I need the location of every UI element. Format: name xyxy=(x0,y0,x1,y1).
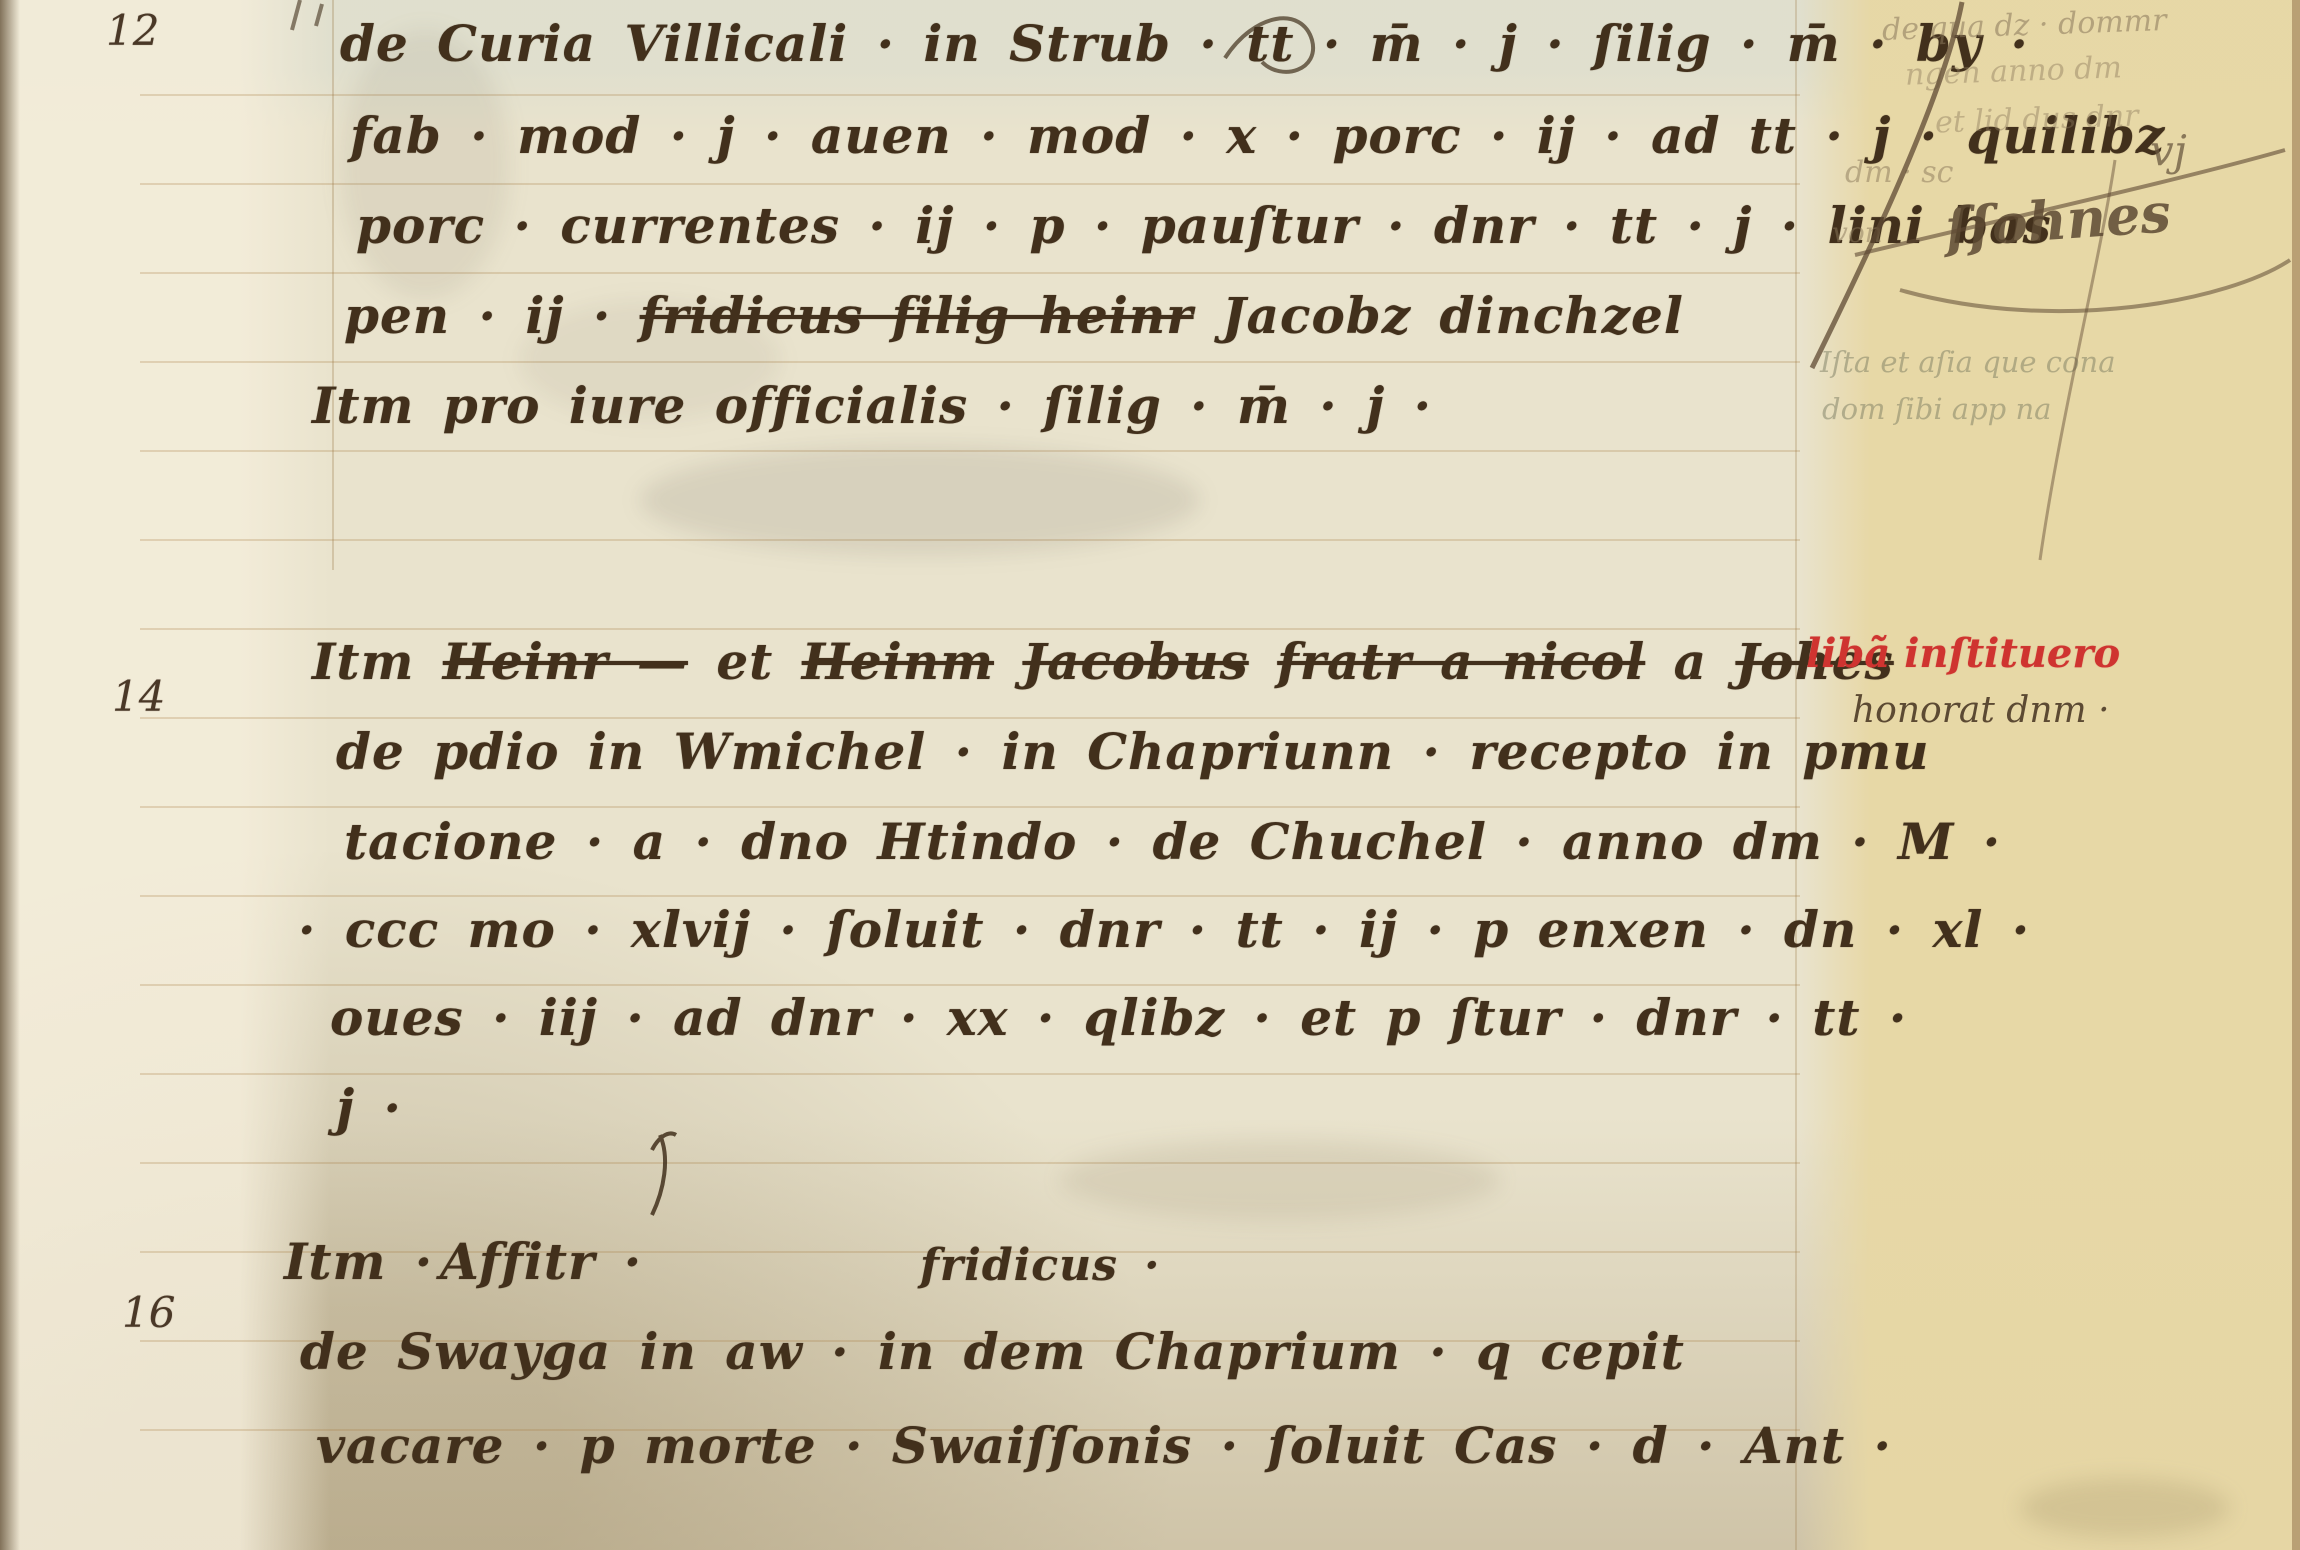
margin-note: honorat dnm · xyxy=(1852,690,2110,731)
cancellation-stroke xyxy=(1900,260,2290,311)
line-text xyxy=(994,632,1022,691)
struck-text: Heinm xyxy=(802,632,994,691)
manuscript-line: de Swayga in aw · in dem Chaprium · q ce… xyxy=(300,1322,1685,1381)
manuscript-line: de Curia Villicali · in Strub · tt · m̄ … xyxy=(340,14,2029,73)
manuscript-line-with-correction: Itm Heinr — et Heinm Jacobus fratr a nic… xyxy=(312,632,1894,691)
manuscript-line: Affitr · xyxy=(440,1232,642,1291)
struck-text: fridicus filig heinr xyxy=(640,286,1194,345)
ruling-vertical-left xyxy=(332,0,334,570)
manuscript-line: fridicus · xyxy=(920,1240,1161,1291)
line-text: et xyxy=(688,632,802,691)
rubric-margin-note: libã inſtituero xyxy=(1806,630,2120,677)
ink-smudge xyxy=(1060,1140,1500,1220)
manuscript-line: · ccc mo · xlvij · ſoluit · dnr · tt · i… xyxy=(298,900,2030,959)
caret-mark xyxy=(652,1133,676,1215)
manuscript-line: vacare · p morte · Swaiſſonis · ſoluit C… xyxy=(316,1416,1892,1475)
manuscript-line: de pdio in Wmichel · in Chapriunn · rece… xyxy=(336,722,1930,781)
cropped-ascender-marks xyxy=(292,0,322,30)
entry-number-14: 14 xyxy=(112,672,165,721)
faded-margin-note: Iſta et aſia que cona xyxy=(1820,345,2115,379)
faded-margin-note: ngen anno dm xyxy=(1904,50,2122,93)
manuscript-line: porc · currentes · ij · p · pauſtur · dn… xyxy=(356,196,2052,255)
inserted-name: Jacobz dinchzel xyxy=(1194,286,1684,345)
ink-smudge xyxy=(640,445,1200,555)
struck-text: Heinr — xyxy=(443,632,688,691)
cancelled-margin-name: ſſohnes xyxy=(1943,180,2173,260)
ink-smudge xyxy=(2020,1478,2230,1538)
faded-margin-note: et lid dus dnr xyxy=(1934,98,2139,140)
line-text: Itm xyxy=(312,632,443,691)
margin-note: vj xyxy=(2150,126,2187,175)
manuscript-line: tacione · a · dno Htindo · de Chuchel · … xyxy=(344,812,2001,871)
line-text xyxy=(1249,632,1277,691)
faded-margin-note: de qua dz · dommr xyxy=(1881,3,2167,48)
faded-margin-note: von xyxy=(1832,216,1883,249)
manuscript-line: oues · iij · ad dnr · xx · qlibz · et p … xyxy=(330,988,1907,1047)
struck-text: Jacobus xyxy=(1022,632,1248,691)
entry-number-12: 12 xyxy=(106,6,159,55)
manuscript-line: Itm pro iure officialis · ſilig · m̄ · j… xyxy=(312,376,1432,435)
entry-number-16: 16 xyxy=(122,1288,175,1337)
faded-margin-note: dm · sc xyxy=(1845,155,1953,190)
manuscript-page: 12 14 16 de Curia Villicali · in Strub ·… xyxy=(0,0,2300,1550)
manuscript-line: Itm · xyxy=(284,1232,433,1291)
faded-margin-note: dom ſibi app na xyxy=(1822,392,2051,426)
line-text: a xyxy=(1645,632,1735,691)
line-text: pen · ij · xyxy=(344,286,640,345)
struck-text: fratr a nicol xyxy=(1277,632,1645,691)
manuscript-line-with-correction: pen · ij · fridicus filig heinr Jacobz d… xyxy=(344,286,1684,345)
manuscript-line: j · xyxy=(336,1078,402,1137)
